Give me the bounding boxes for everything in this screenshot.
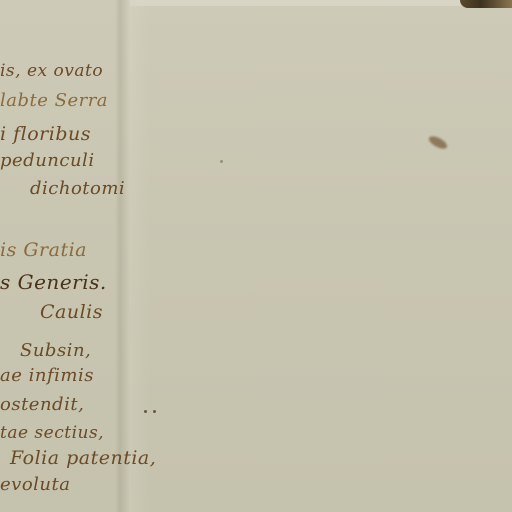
handwritten-line: Subsin, [20,340,91,361]
dark-corner-background [460,0,512,8]
handwritten-line: labte Serra [0,90,108,111]
ink-dot [153,410,156,413]
handwritten-line: i floribus [0,123,91,145]
handwritten-line: pedunculi [0,150,95,171]
handwritten-line: Caulis [40,301,103,323]
handwritten-line: tae sectius, [0,423,104,443]
handwritten-line: ostendit, [0,394,84,415]
handwritten-line: Folia patentia, [10,447,156,469]
handwritten-line: evoluta [0,474,70,495]
ink-dot [220,160,223,163]
handwritten-line: is Gratia [0,239,87,261]
ink-dot [144,410,147,413]
page-top-edge [130,0,512,6]
handwritten-line: is, ex ovato [0,61,103,81]
handwritten-line: ae infimis [0,365,94,386]
handwritten-line: s Generis. [0,270,107,294]
handwritten-line: dichotomi [30,178,125,199]
